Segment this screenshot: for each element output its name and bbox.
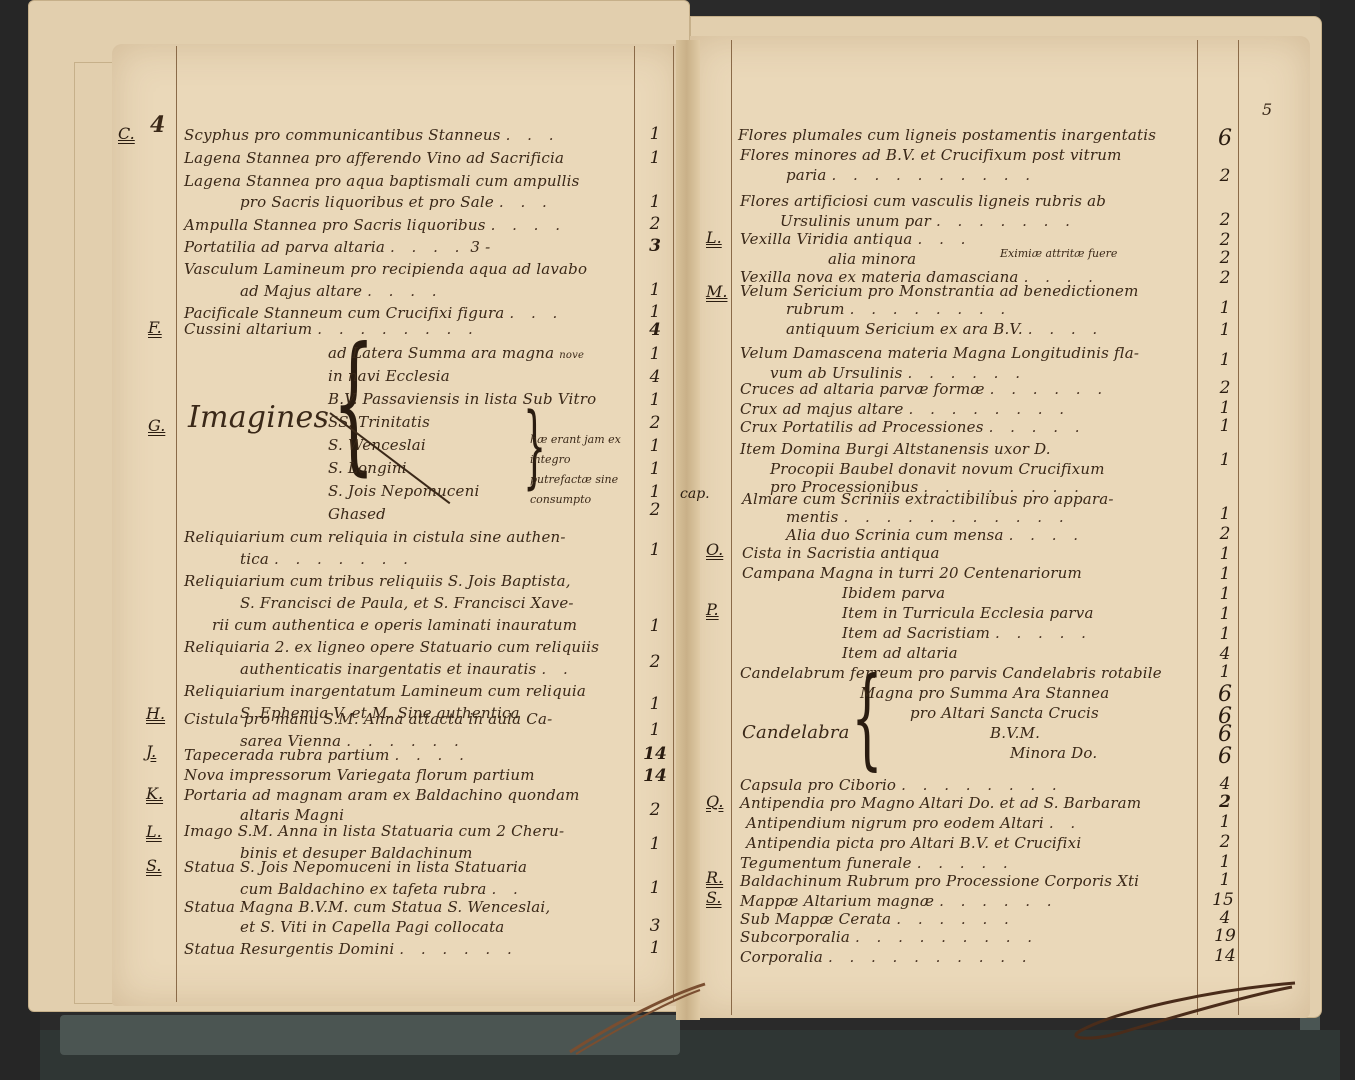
section-letter: P. (706, 600, 719, 619)
inventory-entry: Crux Portatilis ad Processiones . . . . … (740, 418, 1086, 436)
section-letter: M. (706, 282, 727, 301)
inventory-entry: Reliquiarium cum tribus reliquiis S. Joi… (184, 572, 571, 590)
group-item-struck: S. Jois Nepomuceni (328, 482, 479, 500)
entry-quantity: 1 (640, 192, 670, 212)
inventory-entry: Sub Mappæ Cerata . . . . . . (740, 910, 1015, 928)
group-item: B.V.M. (990, 724, 1040, 742)
inventory-entry: Corporalia . . . . . . . . . . (740, 948, 1033, 966)
inventory-entry: Flores minores ad B.V. et Crucifixum pos… (740, 146, 1122, 164)
inventory-entry: Item Domina Burgi Altstanensis uxor D. (740, 440, 1051, 458)
folio-number-right: 5 (1262, 100, 1272, 119)
section-letter: Q. (706, 792, 723, 811)
inventory-entry: Reliquiarium inargentatum Lamineum cum r… (184, 682, 586, 700)
entry-quantity: 1 (640, 482, 670, 502)
inventory-entry-continuation: Ibidem parva (842, 584, 945, 602)
section-letter: S. (706, 888, 721, 907)
entry-quantity: 1 (640, 459, 670, 479)
entry-quantity: 1 (640, 720, 670, 740)
inventory-entry: Campana Magna in turri 20 Centenariorum (742, 564, 1082, 582)
inventory-entry: Nova impressorum Variegata florum partiu… (184, 766, 535, 784)
entry-quantity: 4 (640, 320, 670, 340)
entry-quantity: 2 (1210, 248, 1240, 268)
entry-quantity: 1 (1210, 604, 1240, 624)
entry-quantity: 1 (640, 148, 670, 168)
left-qty-rule-2 (673, 46, 674, 1002)
entry-quantity: 15 (1208, 890, 1238, 910)
inventory-entry-continuation: mentis . . . . . . . . . . . (786, 508, 1070, 526)
entry-quantity: 14 (640, 744, 670, 764)
entry-quantity: 2 (1210, 832, 1240, 852)
entry-quantity: 2 (1210, 230, 1240, 250)
inventory-entry-continuation: Item ad Sacristiam . . . . . (842, 624, 1092, 642)
entry-quantity: 1 (640, 616, 670, 636)
entry-quantity: 1 (1210, 584, 1240, 604)
inventory-entry: Lagena Stannea pro aqua baptismali cum a… (184, 172, 580, 190)
entry-quantity: 1 (1210, 544, 1240, 564)
inventory-entry: Ampulla Stannea pro Sacris liquoribus . … (184, 216, 566, 234)
section-letter: O. (706, 540, 723, 559)
book-gutter (676, 40, 700, 1020)
group-item: in navi Ecclesia (328, 367, 450, 385)
entry-quantity: 4 (1210, 908, 1240, 928)
inventory-entry: Statua Magna B.V.M. cum Statua S. Wences… (184, 898, 550, 916)
inventory-entry: Reliquiarium cum reliquia in cistula sin… (184, 528, 566, 546)
inventory-entry-continuation: et S. Viti in Capella Pagi collocata (240, 918, 504, 936)
inventory-entry: Portatilia ad parva altaria . . . . 3 - (184, 238, 490, 256)
inventory-entry: Reliquiaria 2. ex ligneo opere Statuario… (184, 638, 599, 656)
entry-quantity: 1 (1210, 398, 1240, 418)
group-item: Ghased (328, 505, 386, 523)
entry-quantity: 1 (640, 938, 670, 958)
group-item: Magna pro Summa Ara Stannea (860, 684, 1109, 702)
left-qty-rule-1 (634, 46, 635, 1002)
section-letter: J. (146, 742, 156, 761)
inventory-entry: Capsula pro Ciborio . . . . . . . . (740, 776, 1063, 794)
inventory-entry-continuation: authenticatis inargentatis et inauratis … (240, 660, 574, 678)
entry-quantity: 3 (640, 916, 670, 936)
entry-quantity: 1 (640, 878, 670, 898)
section-letter: G. (148, 416, 165, 435)
entry-quantity: 4 (640, 367, 670, 387)
left-margin-rule (176, 46, 177, 1002)
entry-quantity: 1 (640, 834, 670, 854)
entry-quantity: 2 (1210, 166, 1240, 186)
entry-quantity: 2 (640, 413, 670, 433)
entry-quantity: 2 (640, 214, 670, 234)
inventory-entry: Cruces ad altaria parvæ formæ . . . . . … (740, 380, 1108, 398)
inventory-entry-continuation: rii cum authentica e operis laminati ina… (212, 616, 577, 634)
inventory-entry: Crux ad majus altare . . . . . . . . (740, 400, 1070, 418)
inventory-entry: Antipendium nigrum pro eodem Altari . . (746, 814, 1081, 832)
entry-quantity: 1 (1210, 812, 1240, 832)
entry-quantity: 1 (1210, 450, 1240, 470)
inventory-entry: Lagena Stannea pro afferendo Vino ad Sac… (184, 149, 564, 167)
inventory-entry: Mappæ Altarium magnæ . . . . . . (740, 892, 1058, 910)
inventory-entry-continuation: rubrum . . . . . . . . (786, 300, 1011, 318)
inventory-entry-continuation: paria . . . . . . . . . . (786, 166, 1036, 184)
inventory-entry-continuation: Ursulinis unum par . . . . . . . (780, 212, 1076, 230)
inventory-entry-continuation: ad Majus altare . . . . (240, 282, 443, 300)
inventory-entry: Portaria ad magnam aram ex Baldachino qu… (184, 786, 580, 804)
inventory-entry-continuation: antiquum Sericium ex ara B.V. . . . . (786, 320, 1103, 338)
inventory-entry-continuation: Item in Turricula Ecclesia parva (842, 604, 1094, 622)
group-item-struck: S. Wenceslai (328, 436, 426, 454)
entry-quantity: 1 (1210, 350, 1240, 370)
margin-note: cap. (680, 486, 710, 502)
entry-quantity: 2 (1210, 378, 1240, 398)
inventory-entry-continuation: cum Baldachino ex tafeta rubra . . (240, 880, 524, 898)
inventory-entry: Vasculum Lamineum pro recipienda aqua ad… (184, 260, 587, 278)
entry-quantity: 2 (640, 652, 670, 672)
inventory-entry: Statua S. Jois Nepomuceni in lista Statu… (184, 858, 527, 876)
entry-quantity: 1 (1210, 870, 1240, 890)
inventory-entry: Scyphus pro communicantibus Stanneus . .… (184, 126, 559, 144)
inventory-entry: Statua Resurgentis Domini . . . . . . (184, 940, 518, 958)
entry-quantity: 1 (640, 302, 670, 322)
inventory-entry: Flores plumales cum ligneis postamentis … (738, 126, 1156, 144)
section-letter: R. (706, 868, 723, 887)
entry-quantity: 4 (1210, 644, 1240, 664)
inventory-entry: Vexilla Viridia antiqua . . . (740, 230, 971, 248)
inventory-entry: Tapecerada rubra partium . . . . (184, 746, 470, 764)
inventory-entry: Antipendia pro Magno Altari Do. et ad S.… (740, 794, 1141, 812)
entry-quantity: 1 (1210, 564, 1240, 584)
inventory-entry: Almare cum Scriniis extractibilibus pro … (742, 490, 1114, 508)
bracket-annotation: hæ erant jam ex integro putrefactæ sine … (530, 430, 630, 510)
entry-quantity: 1 (1210, 416, 1240, 436)
inventory-entry-continuation: tica . . . . . . . (240, 550, 414, 568)
entry-quantity: 2 (1210, 268, 1240, 288)
entry-quantity: 14 (1210, 946, 1240, 966)
entry-quantity: 6 (1210, 744, 1240, 769)
section-letter: F. (148, 318, 162, 337)
curly-brace-icon: { (851, 662, 883, 772)
entry-quantity: 2 (640, 500, 670, 520)
entry-quantity: 1 (640, 694, 670, 714)
inventory-entry: Cistula pro manu S.M. Anna attacta in au… (184, 710, 552, 728)
section-letter: L. (146, 822, 162, 841)
entry-quantity: 1 (1210, 504, 1240, 524)
entry-quantity: 1 (640, 540, 670, 560)
closing-flourish-icon (1060, 975, 1300, 1045)
book-cover-right-edge (1320, 0, 1355, 1080)
inventory-entry: Flores artificiosi cum vasculis ligneis … (740, 192, 1106, 210)
folio-number-left: 4 (150, 112, 165, 138)
group-item: pro Altari Sancta Crucis (910, 704, 1099, 722)
section-letter: H. (146, 704, 165, 723)
inventory-entry-continuation: pro Sacris liquoribus et pro Sale . . . (240, 193, 553, 211)
inventory-entry-continuation: Procopii Baubel donavit novum Crucifixum (770, 460, 1105, 478)
closing-flourish-icon (560, 980, 710, 1060)
entry-quantity: 6 (1210, 126, 1240, 151)
entry-quantity: 1 (1210, 320, 1240, 340)
inventory-entry: Imago S.M. Anna in lista Statuaria cum 2… (184, 822, 564, 840)
inventory-entry: Antipendia picta pro Altari B.V. et Cruc… (746, 834, 1081, 852)
section-letter: C. (118, 124, 135, 143)
group-item: ad Latera Summa ara magna nove (328, 344, 584, 362)
entry-quantity: 1 (1210, 624, 1240, 644)
entry-quantity: 19 (1210, 926, 1240, 946)
inventory-entry-continuation: Alia duo Scrinia cum mensa . . . . (786, 526, 1084, 544)
entry-quantity: 1 (640, 124, 670, 144)
entry-quantity: 2 (1210, 792, 1240, 812)
inventory-entry: Baldachinum Rubrum pro Processione Corpo… (740, 872, 1139, 890)
section-letter: K. (146, 784, 163, 803)
entry-quantity: 2 (640, 800, 670, 820)
inventory-entry: Candelabrum ferreum pro parvis Candelabr… (740, 664, 1162, 682)
group-label-imagines: Imagines (188, 400, 329, 435)
right-margin-rule (731, 40, 732, 1015)
entry-quantity: 4 (1210, 774, 1240, 794)
section-letter: L. (706, 228, 722, 247)
entry-quantity: 2 (1210, 210, 1240, 230)
inventory-entry: Tegumentum funerale . . . . . (740, 854, 1014, 872)
group-item: B.V. Passaviensis in lista Sub Vitro (328, 390, 596, 408)
inventory-entry: Subcorporalia . . . . . . . . . (740, 928, 1038, 946)
inventory-entry-continuation: alia minora (828, 250, 916, 268)
inventory-entry: Velum Sericium pro Monstrantia ad benedi… (740, 282, 1139, 300)
section-letter: S. (146, 856, 161, 875)
entry-quantity: 1 (640, 436, 670, 456)
entry-quantity: 1 (640, 390, 670, 410)
entry-quantity: 1 (640, 344, 670, 364)
entry-quantity: 1 (1210, 662, 1240, 682)
entry-quantity: 3 (640, 236, 670, 256)
entry-quantity: 1 (640, 280, 670, 300)
right-qty-rule-1 (1197, 40, 1198, 1015)
inventory-entry: Velum Damascena materia Magna Longitudin… (740, 344, 1139, 362)
entry-quantity: 2 (1210, 524, 1240, 544)
inventory-entry-continuation: S. Francisci de Paula, et S. Francisci X… (240, 594, 574, 612)
entry-quantity: 1 (1210, 852, 1240, 872)
side-annotation: Eximiæ attritæ fuere (1000, 244, 1117, 264)
entry-quantity: 1 (1210, 298, 1240, 318)
group-label-candelabra: Candelabra (742, 722, 850, 743)
group-item: Minora Do. (1010, 744, 1097, 762)
inventory-entry: Cista in Sacristia antiqua (742, 544, 940, 562)
entry-quantity: 14 (640, 766, 670, 786)
